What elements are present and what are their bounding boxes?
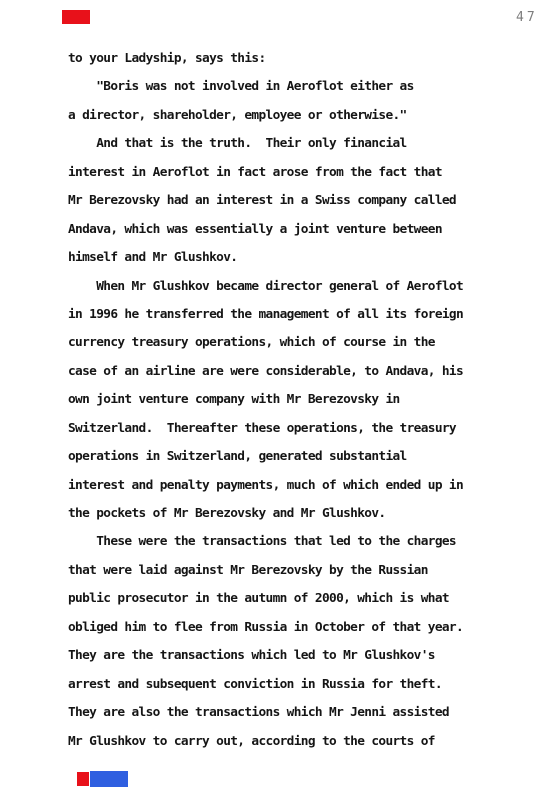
transcript-line: himself and Mr Glushkov. (68, 244, 528, 272)
transcript-line: a director, shareholder, employee or oth… (68, 102, 528, 130)
transcript-line: operations in Switzerland, generated sub… (68, 443, 528, 471)
transcript-line: interest in Aeroflot in fact arose from … (68, 159, 528, 187)
transcript-line: that were laid against Mr Berezovsky by … (68, 557, 528, 585)
transcript-line: public prosecutor in the autumn of 2000,… (68, 585, 528, 613)
transcript-line: the pockets of Mr Berezovsky and Mr Glus… (68, 500, 528, 528)
transcript-line: arrest and subsequent conviction in Russ… (68, 671, 528, 699)
transcript-line: Andava, which was essentially a joint ve… (68, 216, 528, 244)
transcript-line: in 1996 he transferred the management of… (68, 301, 528, 329)
bottom-red-mark (77, 772, 89, 786)
transcript-line: They are the transactions which led to M… (68, 642, 528, 670)
top-left-red-mark (62, 10, 90, 24)
page-number: 47 (516, 10, 538, 25)
transcript-line: They are also the transactions which Mr … (68, 699, 528, 727)
transcript-line: interest and penalty payments, much of w… (68, 472, 528, 500)
bottom-blue-mark (90, 771, 128, 787)
transcript-line: When Mr Glushkov became director general… (68, 273, 528, 301)
transcript-line: to your Ladyship, says this: (68, 45, 528, 73)
transcript-line: Switzerland. Thereafter these operations… (68, 415, 528, 443)
transcript-line: Mr Berezovsky had an interest in a Swiss… (68, 187, 528, 215)
transcript-line: Mr Glushkov to carry out, according to t… (68, 728, 528, 756)
transcript-line: case of an airline are were considerable… (68, 358, 528, 386)
transcript-line: obliged him to flee from Russia in Octob… (68, 614, 528, 642)
transcript-line: These were the transactions that led to … (68, 528, 528, 556)
transcript-line: own joint venture company with Mr Berezo… (68, 386, 528, 414)
transcript-line: "Boris was not involved in Aeroflot eith… (68, 73, 528, 101)
transcript-line: And that is the truth. Their only financ… (68, 130, 528, 158)
transcript-line: currency treasury operations, which of c… (68, 329, 528, 357)
transcript-page: 47 to your Ladyship, says this: "Boris w… (0, 0, 558, 789)
transcript-body: to your Ladyship, says this: "Boris was … (68, 45, 528, 756)
